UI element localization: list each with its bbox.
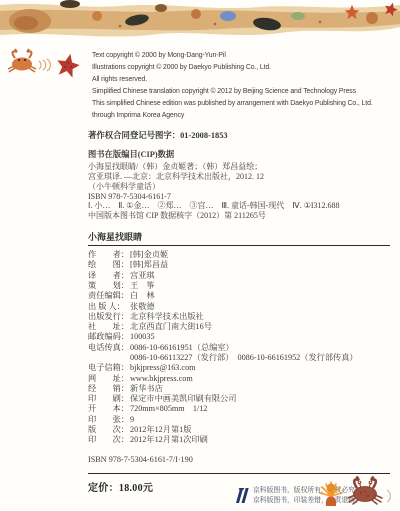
row-value: 王 筝 bbox=[130, 281, 155, 290]
row-label: 电话传真： bbox=[88, 343, 130, 353]
cip-line: 宫亚琪译. —北京：北京科学技术出版社，2012. 12 bbox=[88, 172, 392, 182]
motion-marks bbox=[39, 59, 50, 71]
row-value: www.bkjpress.com bbox=[130, 374, 193, 383]
copyright-line: through Imprima Korea Agency bbox=[92, 110, 392, 122]
motion-marks bbox=[387, 490, 390, 502]
registration-number: 著作权合同登记号图字：01-2008-1853 bbox=[88, 129, 392, 141]
table-row: 邮政编码：100035 bbox=[88, 332, 392, 342]
cip-title: 图书在版编目(CIP)数据 bbox=[88, 150, 392, 160]
row-label: 网 址： bbox=[88, 374, 130, 384]
table-row: 责任编辑：白 林 bbox=[88, 291, 392, 301]
row-label: 经 销： bbox=[88, 384, 130, 394]
colophon-table: 小海星找眼睛 作 者：[韩]金贞姬 绘 图：[韩]郑昌益 译 者：宫亚琪 策 划… bbox=[88, 230, 392, 511]
copyright-line: This simplified Chinese edition was publ… bbox=[92, 98, 392, 110]
table-row: 绘 图：[韩]郑昌益 bbox=[88, 260, 392, 270]
copyright-line: Illustrations copyright © 2000 by Daekyo… bbox=[92, 62, 392, 74]
table-row: 网 址：www.bkjpress.com bbox=[88, 374, 392, 384]
row-value: 新华书店 bbox=[130, 384, 163, 393]
table-row: 印 刷：保定市中画美凯印刷有限公司 bbox=[88, 394, 392, 404]
beach-border-illustration bbox=[0, 0, 400, 44]
divider bbox=[88, 245, 390, 246]
row-value: 0086-10-66113227（发行部） 0086-10-66161952（发… bbox=[130, 353, 358, 362]
crab-icon bbox=[346, 475, 392, 507]
crab-icon bbox=[6, 47, 52, 75]
table-row: 电话传真：0086-10-66161951（总编室） bbox=[88, 343, 392, 353]
row-label: 社 址： bbox=[88, 322, 130, 332]
row-label: 印 刷： bbox=[88, 394, 130, 404]
row-label: 开 本： bbox=[88, 404, 130, 414]
row-value: 张敬德 bbox=[130, 302, 155, 311]
small-crab-icon bbox=[92, 11, 102, 21]
cip-line: （小牛顿科学童话） bbox=[88, 182, 392, 192]
table-row-continuation: 0086-10-66113227（发行部） 0086-10-66161952（发… bbox=[88, 353, 392, 363]
row-value: 100035 bbox=[130, 332, 155, 341]
row-value: 宫亚琪 bbox=[130, 271, 155, 280]
row-value: 保定市中画美凯印刷有限公司 bbox=[130, 394, 236, 403]
row-value: 0086-10-66161951（总编室） bbox=[130, 343, 234, 352]
table-row: 作 者：[韩]金贞姬 bbox=[88, 250, 392, 260]
cip-line: ISBN 978-7-5304-6161-7 bbox=[88, 192, 392, 202]
row-label: 邮政编码： bbox=[88, 332, 130, 342]
copyright-line: Text copyright © 2000 by Mong-Dang-Yun-P… bbox=[92, 50, 392, 62]
table-row: 社 址：北京西直门南大街16号 bbox=[88, 322, 392, 332]
row-value: 720mm×805mm 1/12 bbox=[130, 404, 207, 413]
table-row: 版 次：2012年12月第1版 bbox=[88, 425, 392, 435]
table-row: 开 本：720mm×805mm 1/12 bbox=[88, 404, 392, 414]
sea-anemone-icon bbox=[318, 477, 344, 507]
table-row: 出版发行：北京科学技术出版社 bbox=[88, 312, 392, 322]
book-copyright-page: Text copyright © 2000 by Mong-Dang-Yun-P… bbox=[0, 0, 400, 511]
table-row: 策 划：王 筝 bbox=[88, 281, 392, 291]
book-title: 小海星找眼睛 bbox=[88, 230, 392, 243]
copyright-line: Simplified Chinese translation copyright… bbox=[92, 86, 392, 98]
row-label: 作 者： bbox=[88, 250, 130, 260]
english-copyright-block: Text copyright © 2000 by Mong-Dang-Yun-P… bbox=[92, 50, 392, 121]
row-value: 9 bbox=[130, 415, 134, 424]
colophon-content: Text copyright © 2000 by Mong-Dang-Yun-P… bbox=[88, 50, 392, 511]
small-crab-icon bbox=[366, 12, 378, 24]
price: 定价：18.00元 bbox=[88, 483, 153, 494]
row-label: 责任编辑： bbox=[88, 291, 130, 301]
row-value: [韩]郑昌益 bbox=[130, 260, 168, 269]
row-value: 2012年12月第1版 bbox=[130, 425, 191, 434]
row-label: 印 次： bbox=[88, 435, 130, 445]
table-row: 印 张：9 bbox=[88, 415, 392, 425]
cip-line: 中国版本图书馆 CIP 数据核字（2012）第 211265号 bbox=[88, 211, 392, 221]
copyright-line: All rights reserved. bbox=[92, 74, 392, 86]
row-label: 译 者： bbox=[88, 271, 130, 281]
blue-crab-icon bbox=[220, 11, 236, 21]
table-row: 经 销：新华书店 bbox=[88, 384, 392, 394]
row-value: 北京西直门南大街16号 bbox=[130, 322, 212, 331]
table-row: 出 版 人：张敬德 bbox=[88, 302, 392, 312]
table-row: 电子信箱：bjkjpress@163.com bbox=[88, 363, 392, 373]
isbn-number: ISBN 978-7-5304-6161-7/I·190 bbox=[88, 454, 392, 465]
table-row: 译 者：宫亚琪 bbox=[88, 271, 392, 281]
starfish-icon bbox=[55, 52, 81, 78]
row-label: 绘 图： bbox=[88, 260, 130, 270]
divider bbox=[88, 473, 390, 474]
row-label: 印 张： bbox=[88, 415, 130, 425]
row-value: bjkjpress@163.com bbox=[130, 363, 196, 372]
table-row: 印 次：2012年12月第1次印刷 bbox=[88, 435, 392, 445]
row-value: 白 林 bbox=[130, 291, 155, 300]
bottom-illustrations bbox=[318, 475, 392, 507]
row-value: [韩]金贞姬 bbox=[130, 250, 168, 259]
row-label: 策 划： bbox=[88, 281, 130, 291]
row-value: 北京科学技术出版社 bbox=[130, 312, 204, 321]
row-label: 版 次： bbox=[88, 425, 130, 435]
row-label: 出版发行： bbox=[88, 312, 130, 322]
row-label: 电子信箱： bbox=[88, 363, 130, 373]
cip-line: 小海星找眼睛/（韩）金贞姬著；（韩）郑昌益绘； bbox=[88, 162, 392, 172]
small-crab-icon bbox=[191, 9, 201, 19]
row-label: 出 版 人： bbox=[88, 302, 130, 312]
cip-line: Ⅰ. 小… Ⅱ. ①金… ②郑… ③宫… Ⅲ. 童话-韩国-现代 Ⅳ. ①I31… bbox=[88, 201, 392, 211]
row-value: 2012年12月第1次印刷 bbox=[130, 435, 208, 444]
cip-block: 图书在版编目(CIP)数据 小海星找眼睛/（韩）金贞姬著；（韩）郑昌益绘； 宫亚… bbox=[88, 150, 392, 221]
publisher-logo-icon bbox=[234, 486, 249, 504]
